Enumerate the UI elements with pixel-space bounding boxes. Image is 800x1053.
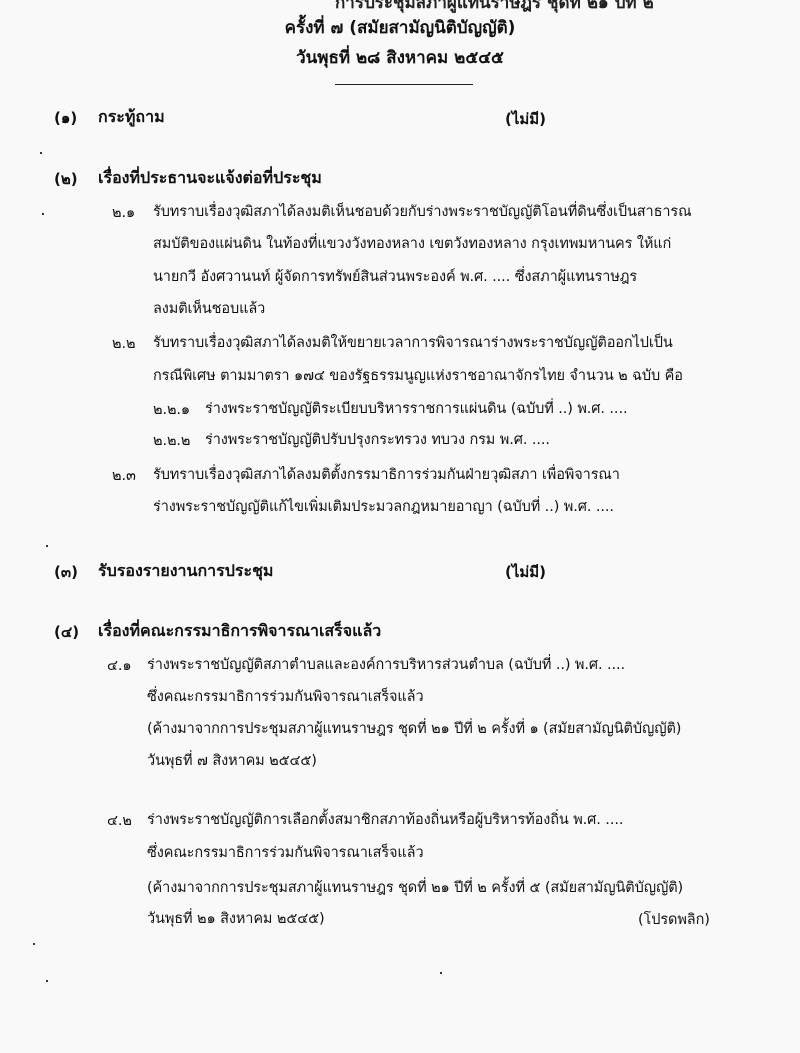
scan-speck [46, 980, 48, 982]
item-2-2-2-text: ร่างพระราชบัญญัติปรับปรุงกระทรวง ทบวง กร… [205, 428, 550, 451]
scan-speck [440, 972, 442, 974]
section-2-number: (๒) [54, 167, 78, 191]
item-2-1-line-2: สมบัติของแผ่นดิน ในท้องที่แขวงวังทองหลาง… [153, 232, 671, 255]
item-4-1-line-4: วันพุธที่ ๗ สิงหาคม ๒๕๔๕) [147, 749, 317, 772]
item-4-1-number: ๔.๑ [107, 654, 132, 677]
item-4-1-line-2: ซึ่งคณะกรรมาธิการร่วมกันพิจารณาเสร็จแล้ว [147, 685, 424, 708]
turn-page-note: (โปรดพลิก) [638, 908, 710, 931]
item-2-3-line-1: รับทราบเรื่องวุฒิสภาได้ลงมติตั้งกรรมาธิก… [153, 463, 620, 486]
section-1-title: กระทู้ถาม [98, 105, 165, 130]
item-2-1-line-4: ลงมติเห็นชอบแล้ว [153, 297, 265, 320]
item-4-1-line-3: (ค้างมาจากการประชุมสภาผู้แทนราษฎร ชุดที่… [147, 717, 681, 740]
header-divider [335, 84, 473, 85]
section-1-number: (๑) [54, 106, 77, 130]
item-4-2-line-4: วันพุธที่ ๒๑ สิงหาคม ๒๕๔๕) [147, 907, 325, 930]
scan-speck [40, 152, 42, 154]
item-2-3-number: ๒.๓ [112, 464, 136, 487]
item-4-2-line-3: (ค้างมาจากการประชุมสภาผู้แทนราษฎร ชุดที่… [147, 876, 683, 899]
scan-speck [42, 213, 44, 215]
document-page: การประชุมสภาผู้แทนราษฎร ชุดที่ ๒๑ ปีที่ … [0, 0, 800, 1053]
item-2-1-line-3: นายกวี อังศวานนท์ ผู้จัดการทรัพย์สินส่วน… [153, 265, 637, 288]
item-2-1-number: ๒.๑ [112, 201, 135, 224]
item-4-2-line-2: ซึ่งคณะกรรมาธิการร่วมกันพิจารณาเสร็จแล้ว [147, 841, 424, 864]
item-2-2-1-text: ร่างพระราชบัญญัติระเบียบบริหารราชการแผ่น… [205, 397, 627, 420]
header-session: ครั้งที่ ๗ (สมัยสามัญนิติบัญญัติ) [0, 14, 800, 41]
header-date: วันพุธที่ ๒๘ สิงหาคม ๒๕๔๕ [0, 44, 800, 71]
item-2-2-line-2: กรณีพิเศษ ตามมาตรา ๑๗๔ ของรัฐธรรมนูญแห่ง… [153, 364, 683, 387]
item-2-2-line-1: รับทราบเรื่องวุฒิสภาได้ลงมติให้ขยายเวลาก… [153, 331, 673, 354]
item-2-1-line-1: รับทราบเรื่องวุฒิสภาได้ลงมติเห็นชอบด้วยก… [153, 200, 691, 223]
scan-speck [33, 943, 35, 945]
section-3-title: รับรองรายงานการประชุม [98, 559, 273, 584]
section-4-title: เรื่องที่คณะกรรมาธิการพิจารณาเสร็จแล้ว [98, 619, 381, 644]
item-2-2-2-number: ๒.๒.๒ [153, 429, 190, 452]
scan-speck [46, 545, 48, 547]
item-4-2-number: ๔.๒ [107, 809, 132, 832]
item-2-2-1-number: ๒.๒.๑ [153, 398, 190, 421]
item-4-2-line-1: ร่างพระราชบัญญัติการเลือกตั้งสมาชิกสภาท้… [147, 808, 623, 831]
section-4-number: (๔) [54, 620, 79, 644]
item-2-2-number: ๒.๒ [112, 332, 135, 355]
item-2-3-line-2: ร่างพระราชบัญญัติแก้ไขเพิ่มเติมประมวลกฎห… [153, 495, 614, 518]
section-3-status: (ไม่มี) [505, 560, 546, 584]
section-1-status: (ไม่มี) [505, 107, 546, 131]
item-4-1-line-1: ร่างพระราชบัญญัติสภาตำบลและองค์การบริหาร… [147, 653, 625, 676]
section-2-title: เรื่องที่ประธานจะแจ้งต่อที่ประชุม [98, 166, 322, 191]
section-3-number: (๓) [54, 560, 78, 584]
